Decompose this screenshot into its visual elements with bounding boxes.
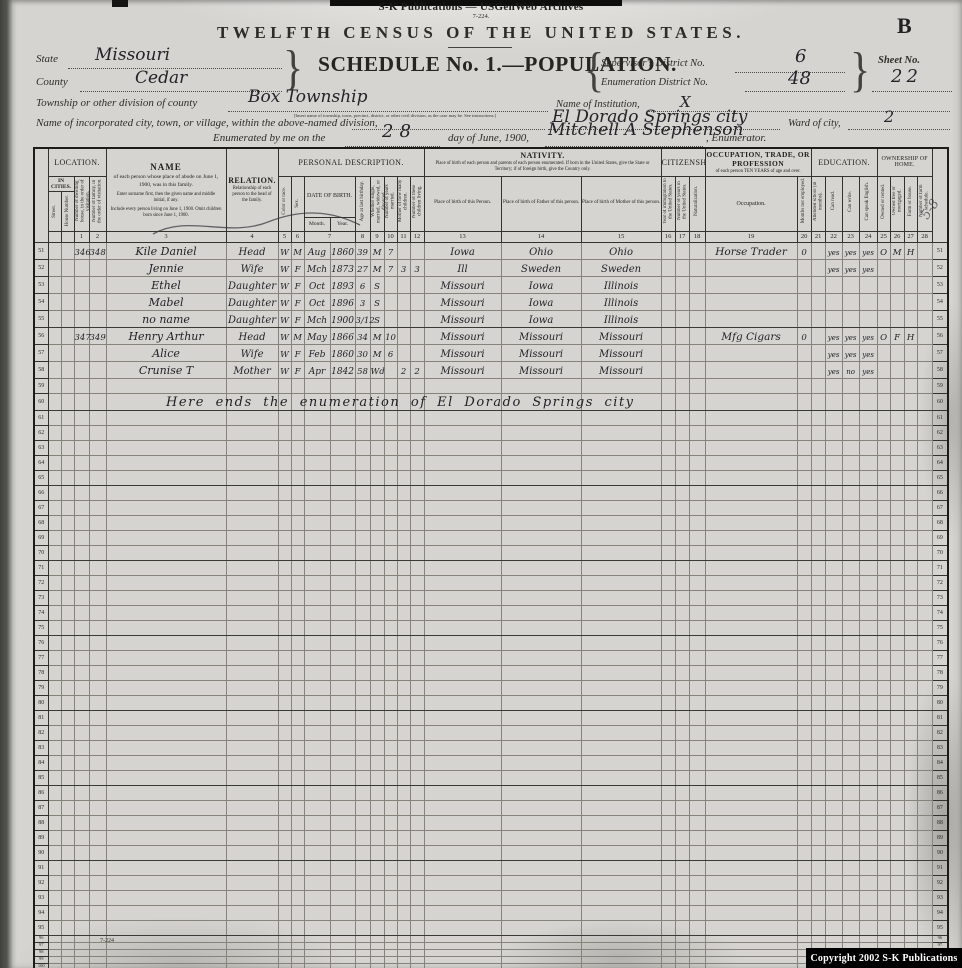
cell-year [330,605,355,620]
cell-year [330,963,355,968]
cell-owned [877,740,890,755]
cell-owned [877,755,890,770]
row-number-left: 80 [34,695,48,710]
cell-pob [424,890,501,905]
enumeration-district-label: Enumeration District No. [601,77,708,88]
cell-school [811,830,825,845]
township-value: Box Township [248,87,367,107]
cell-color [278,530,291,545]
row-number-left: 55 [34,310,48,327]
column-number-blank [48,231,61,242]
cell-read [825,500,842,515]
handwritten-value: Mfg Cigars [721,332,780,343]
table-row: 8888 [34,815,948,830]
cell-relation: Mother [226,361,278,378]
cell-house [61,755,74,770]
relation-subtitle: Relationship of each person to the head … [230,186,275,204]
cell-age [355,378,370,393]
cell-read [825,515,842,530]
cell-mother-of [397,815,410,830]
cell-pob-mother [581,740,661,755]
immigration-year-label: Year of immigration to the United States… [663,178,674,224]
cell-name [106,740,226,755]
cell-month [304,875,330,890]
handwritten-value: F [295,368,301,377]
cell-naturalization [689,259,705,276]
cell-color [278,455,291,470]
cell-year [330,710,355,725]
cell-naturalization [689,845,705,860]
cell-owned [877,560,890,575]
cell-house [61,361,74,378]
cell-street [48,725,61,740]
cell-marital [370,845,384,860]
cell-free [890,455,904,470]
table-row: 6969 [34,530,948,545]
cell-naturalization [689,710,705,725]
handwritten-value: 1866 [331,334,354,343]
cell-month: Mch [304,259,330,276]
cell-immigration [661,905,675,920]
cell-relation [226,830,278,845]
cell-occupation [705,650,797,665]
cell-sex [291,740,304,755]
cell-years-married [384,695,397,710]
cell-month [304,755,330,770]
cell-pob [424,770,501,785]
row-number-right: 72 [932,575,948,590]
cell-month [304,905,330,920]
cell-age [355,410,370,425]
cell-name [106,635,226,650]
cell-house [61,815,74,830]
cell-free [890,935,904,942]
cell-pob-mother [581,545,661,560]
nativity-group-header: NATIVITY. Place of birth of each person … [424,148,661,176]
cell-pob-mother [581,785,661,800]
cell-write: no [842,361,859,378]
cell-relation [226,770,278,785]
cell-months-not-employed [797,310,811,327]
cell-pob-mother [581,695,661,710]
cell-read [825,650,842,665]
cell-pob-mother [581,455,661,470]
table-row: 9090 [34,845,948,860]
cell-immigration [661,956,675,963]
cell-farm [904,920,917,935]
row-number-right: 51 [932,242,948,259]
handwritten-value: W [280,334,289,343]
column-number: 15 [581,231,661,242]
sheet-label: Sheet No. [878,55,920,66]
cell-years-married [384,800,397,815]
cell-family [89,860,106,875]
cell-month [304,378,330,393]
cell-schedule [917,665,932,680]
row-number-left: 52 [34,259,48,276]
cell-street [48,575,61,590]
cell-year [330,815,355,830]
cell-dwelling [74,635,89,650]
cell-dwelling [74,755,89,770]
cell-age [355,500,370,515]
cell-street [48,327,61,344]
enumerated-label: Enumerated by me on the [213,132,325,144]
scan-edge-left [0,0,17,968]
cell-relation [226,425,278,440]
cell-marital [370,755,384,770]
house-number-column-header: House Number. [65,195,71,226]
cell-children-living [410,740,424,755]
cell-immigration [661,605,675,620]
row-number-right: 87 [932,800,948,815]
cell-year [330,875,355,890]
cell-occupation [705,590,797,605]
cell-read [825,710,842,725]
cell-pob [424,470,501,485]
cell-name [106,905,226,920]
cell-owned: O [877,242,890,259]
cell-color [278,410,291,425]
years-married-label: Number of years married. [385,178,396,224]
cell-years-us [675,695,689,710]
cell-name: Henry Arthur [106,327,226,344]
handwritten-value: Illinois [604,299,638,309]
cell-house [61,310,74,327]
cell-years-us [675,845,689,860]
cell-naturalization [689,276,705,293]
cell-family [89,920,106,935]
cell-street [48,276,61,293]
cell-years-married [384,605,397,620]
handwritten-value: 7 [388,249,393,258]
cell-sex [291,785,304,800]
table-row: 8080 [34,695,948,710]
cell-pob [424,710,501,725]
cell-speak [859,800,877,815]
cell-color [278,740,291,755]
cell-sex: F [291,344,304,361]
column-number: 3 [106,231,226,242]
cell-years-married [384,956,397,963]
cell-dwelling [74,575,89,590]
cell-free [890,905,904,920]
cell-color [278,920,291,935]
cell-house [61,440,74,455]
cell-name [106,845,226,860]
row-number-right: 52 [932,259,948,276]
row-number-right: 53 [932,276,948,293]
cell-immigration [661,455,675,470]
cell-family: 349 [89,327,106,344]
handwritten-value: yes [845,250,857,257]
row-number-left: 72 [34,575,48,590]
row-number-right: 77 [932,650,948,665]
cell-age [355,545,370,560]
row-number-left: 96 [34,935,48,942]
cell-farm [904,605,917,620]
row-number-right: 59 [932,378,948,393]
row-number-right: 61 [932,410,948,425]
cell-color [278,440,291,455]
cell-sex [291,949,304,956]
cell-age [355,890,370,905]
cell-relation [226,755,278,770]
cell-name [106,815,226,830]
cell-dwelling [74,605,89,620]
cell-marital [370,440,384,455]
cell-month: Mch [304,310,330,327]
cell-color [278,770,291,785]
cell-school [811,935,825,942]
can-speak-english-label: Can speak English. [865,182,871,220]
column-number: 25 [877,231,890,242]
cell-write [842,455,859,470]
cell-name [106,710,226,725]
cell-name: Jennie [106,259,226,276]
cell-age [355,620,370,635]
row-number-right: 95 [932,920,948,935]
handwritten-value: 347 [75,334,91,343]
handwritten-value: Daughter [228,299,276,309]
cell-age [355,875,370,890]
column-number: 17 [675,231,689,242]
cell-family [89,470,106,485]
cell-schedule [917,293,932,310]
cell-school [811,605,825,620]
cell-children-living [410,276,424,293]
cell-year [330,680,355,695]
cell-read [825,830,842,845]
cell-years-us [675,361,689,378]
row-number-right: 68 [932,515,948,530]
cell-immigration [661,293,675,310]
cell-month [304,963,330,968]
cell-immigration [661,740,675,755]
cell-years-married [384,515,397,530]
handwritten-value: 348 [90,249,106,258]
in-cities-title: IN CITIES. [49,177,74,192]
cell-naturalization [689,327,705,344]
cell-months-not-employed [797,425,811,440]
cell-sex [291,755,304,770]
row-number-right: 79 [932,680,948,695]
cell-years-us [675,605,689,620]
cell-dwelling [74,310,89,327]
cell-pob [424,650,501,665]
cell-relation [226,785,278,800]
table-row: 6666 [34,485,948,500]
cell-pob: Missouri [424,276,501,293]
cell-mother-of [397,710,410,725]
cell-farm [904,378,917,393]
cell-age: 3/12 [355,310,370,327]
cell-color [278,963,291,968]
cell-speak [859,650,877,665]
cell-farm: H [904,327,917,344]
column-number: 13 [424,231,501,242]
cell-name [106,949,226,956]
cell-house [61,956,74,963]
cell-dwelling [74,410,89,425]
cell-years-married: 7 [384,242,397,259]
cell-occupation [705,830,797,845]
cell-speak [859,935,877,942]
handwritten-value: Missouri [519,367,563,377]
cell-year [330,410,355,425]
cell-months-not-employed: 0 [797,327,811,344]
cell-speak [859,785,877,800]
row-number-left: 89 [34,830,48,845]
cell-name [106,590,226,605]
cell-name [106,935,226,942]
table-row: 51346348Kile DanielHeadWMAug186039M7Iowa… [34,242,948,259]
cell-street [48,560,61,575]
cell-school [811,635,825,650]
column-number: 20 [797,231,811,242]
cell-dwelling [74,860,89,875]
cell-owned [877,770,890,785]
cell-owned [877,361,890,378]
cell-occupation [705,815,797,830]
row-number-right: 85 [932,770,948,785]
township-label: Township or other division of county [36,97,197,109]
table-row: 8585 [34,770,948,785]
cell-relation [226,378,278,393]
cell-children-living [410,293,424,310]
attended-school-label: Attended school (in months). [813,178,824,224]
column-number: 23 [842,231,859,242]
cell-marital [370,942,384,949]
cell-free [890,590,904,605]
cell-name [106,920,226,935]
cell-years-married [384,440,397,455]
row-number-right: 88 [932,815,948,830]
cell-name [106,875,226,890]
cell-children-living [410,845,424,860]
cell-relation [226,470,278,485]
cell-marital [370,515,384,530]
cell-pob-father: Sweden [501,259,581,276]
cell-relation [226,560,278,575]
cell-pob: Iowa [424,242,501,259]
cell-years-married: 6 [384,344,397,361]
cell-color [278,500,291,515]
cell-marital [370,875,384,890]
cell-owned [877,605,890,620]
handwritten-value: W [280,351,289,360]
cell-years-married [384,710,397,725]
cell-month [304,605,330,620]
cell-relation [226,710,278,725]
cell-year: 1900 [330,310,355,327]
cell-occupation [705,575,797,590]
cell-free [890,740,904,755]
cell-age: 30 [355,344,370,361]
cell-pob-mother [581,860,661,875]
cell-farm [904,755,917,770]
cell-age [355,590,370,605]
cell-color [278,620,291,635]
cell-mother-of [397,530,410,545]
row-number-left: 86 [34,785,48,800]
cell-relation [226,590,278,605]
cell-farm [904,875,917,890]
cell-owned [877,635,890,650]
cell-school [811,800,825,815]
cell-immigration [661,575,675,590]
cell-owned [877,378,890,393]
cell-years-married [384,620,397,635]
cell-pob-father [501,515,581,530]
cell-farm [904,425,917,440]
table-row: 52JennieWifeWFMch187327M733IllSwedenSwed… [34,259,948,276]
cell-color [278,905,291,920]
cell-immigration [661,650,675,665]
months-not-employed-column-header: Months not employed. [797,176,811,231]
cell-family [89,665,106,680]
cell-school [811,344,825,361]
cell-schedule [917,500,932,515]
cell-sex [291,665,304,680]
cell-school [811,755,825,770]
cell-year [330,500,355,515]
cell-family [89,963,106,968]
cell-year [330,530,355,545]
cell-free [890,515,904,530]
cell-house [61,949,74,956]
cell-year [330,920,355,935]
cell-house [61,259,74,276]
cell-dwelling [74,590,89,605]
cell-naturalization [689,242,705,259]
cell-marital: M [370,344,384,361]
cell-month: Apr [304,361,330,378]
handwritten-value: Kile Daniel [135,246,196,257]
cell-age [355,845,370,860]
cell-mother-of [397,410,410,425]
row-number-left: 79 [34,680,48,695]
cell-relation: Daughter [226,310,278,327]
cell-naturalization [689,920,705,935]
cell-free [890,545,904,560]
cell-farm [904,845,917,860]
cell-naturalization [689,530,705,545]
cell-immigration [661,755,675,770]
cell-read [825,860,842,875]
cell-color: W [278,276,291,293]
cell-free [890,276,904,293]
cell-farm [904,500,917,515]
cell-house [61,276,74,293]
cell-children-living [410,920,424,935]
cell-street [48,956,61,963]
cell-read: yes [825,361,842,378]
cell-house [61,378,74,393]
cell-pob-father [501,725,581,740]
cell-month [304,500,330,515]
cell-occupation [705,635,797,650]
cell-naturalization [689,310,705,327]
row-number-left: 60 [34,393,48,410]
cell-years-us [675,725,689,740]
supervisor-district-label: Supervisor's District No. [601,58,705,69]
cell-month [304,920,330,935]
cell-street [48,515,61,530]
cell-name: Ethel [106,276,226,293]
cell-school [811,455,825,470]
cell-sex [291,725,304,740]
